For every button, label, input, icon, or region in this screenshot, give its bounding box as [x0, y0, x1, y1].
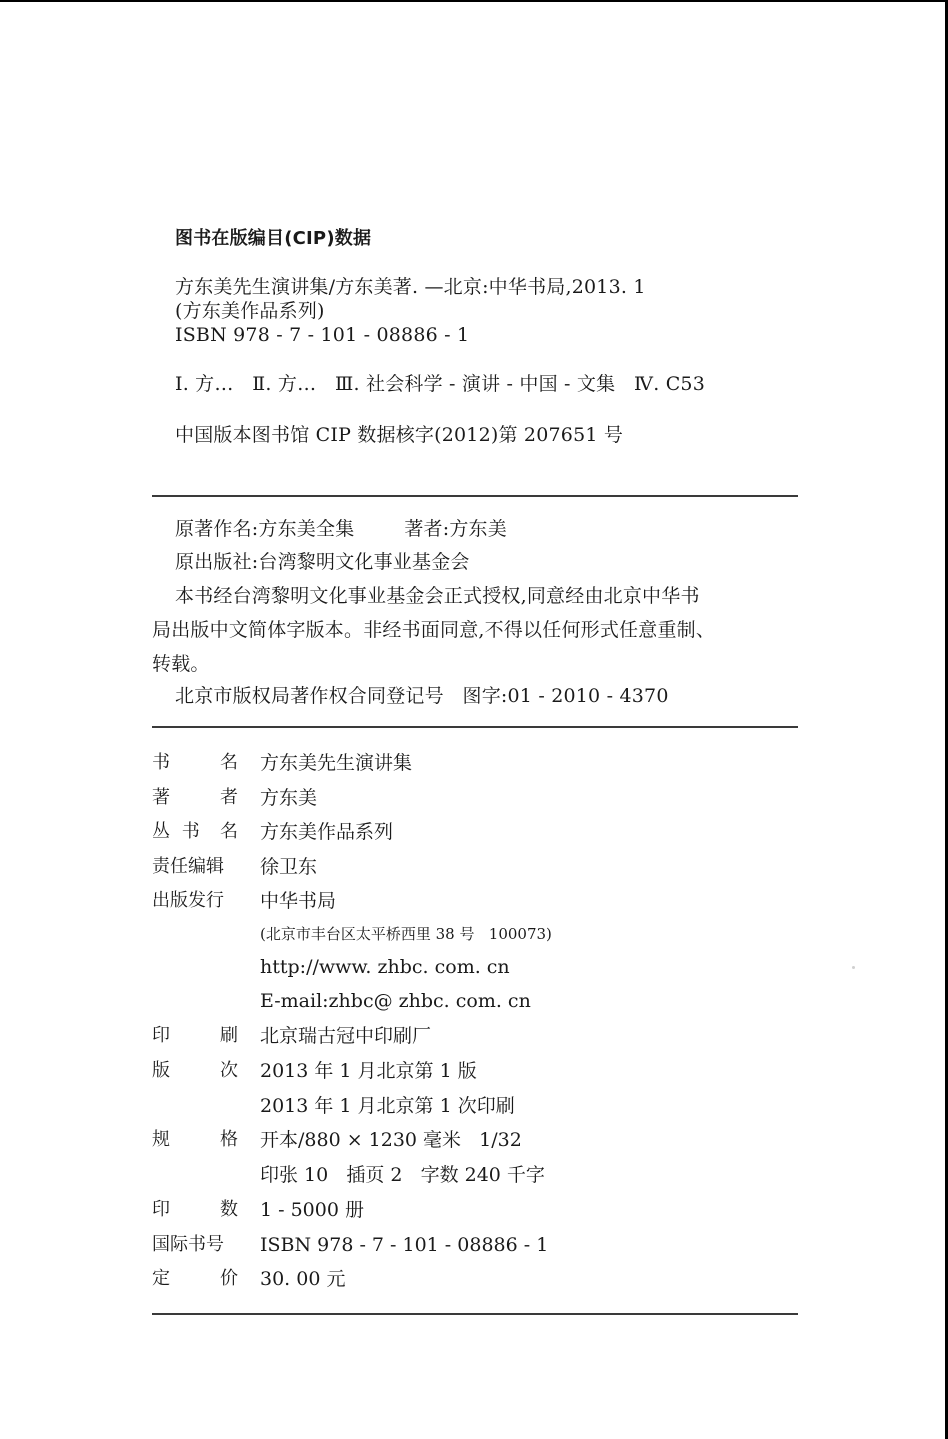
colophon-value-series: 方东美作品系列	[260, 820, 393, 844]
publisher-website: http://www. zhbc. com. cn	[260, 955, 510, 979]
colophon-label-format: 规格	[152, 1128, 238, 1152]
colophon-label-isbn: 国际书号	[152, 1233, 238, 1257]
authorization-line-1: 本书经台湾黎明文化事业基金会正式授权,同意经由北京中华书	[175, 584, 700, 608]
colophon-value-author: 方东美	[260, 786, 317, 810]
colophon-value-sheets: 印张 10 插页 2 字数 240 千字	[260, 1163, 545, 1187]
colophon-label-author: 著者	[152, 786, 238, 810]
colophon-value-isbn: ISBN 978 - 7 - 101 - 08886 - 1	[260, 1233, 548, 1257]
colophon-label-editor: 责任编辑	[152, 855, 238, 879]
original-publisher-line: 原出版社:台湾黎明文化事业基金会	[175, 550, 470, 574]
publisher-address: (北京市丰台区太平桥西里 38 号 100073)	[260, 922, 552, 946]
colophon-value-title: 方东美先生演讲集	[260, 751, 412, 775]
cip-subjects-line: Ⅰ. 方… Ⅱ. 方… Ⅲ. 社会科学 - 演讲 - 中国 - 文集 Ⅳ. C5…	[175, 372, 705, 396]
colophon-value-print-run: 1 - 5000 册	[260, 1198, 364, 1222]
scan-speck	[852, 966, 855, 969]
colophon-value-format: 开本/880 × 1230 毫米 1/32	[260, 1128, 522, 1152]
page-border-top	[0, 0, 948, 2]
cip-title-line: 方东美先生演讲集/方东美著. —北京:中华书局,2013. 1	[175, 275, 646, 299]
divider-rule	[152, 495, 798, 497]
cip-heading: 图书在版编目(CIP)数据	[175, 227, 371, 251]
colophon-value-printing: 2013 年 1 月北京第 1 次印刷	[260, 1094, 515, 1118]
cip-record-line: 中国版本图书馆 CIP 数据核字(2012)第 207651 号	[175, 423, 623, 447]
colophon-label-title: 书名	[152, 751, 238, 775]
colophon-label-printer: 印刷	[152, 1024, 238, 1048]
authorization-line-2: 局出版中文简体字版本。非经书面同意,不得以任何形式任意重制、	[152, 618, 715, 642]
colophon-label-series: 丛 书名	[152, 820, 238, 844]
cip-isbn-line: ISBN 978 - 7 - 101 - 08886 - 1	[175, 323, 469, 347]
colophon-value-printer: 北京瑞古冠中印刷厂	[260, 1024, 431, 1048]
authorization-line-3: 转载。	[152, 652, 210, 676]
divider-rule	[152, 726, 798, 728]
publisher-email: E-mail:zhbc@ zhbc. com. cn	[260, 989, 531, 1013]
colophon-value-publisher: 中华书局	[260, 889, 336, 913]
colophon-value-price: 30. 00 元	[260, 1267, 345, 1291]
cip-series-line: (方东美作品系列)	[175, 299, 325, 323]
colophon-label-edition: 版次	[152, 1059, 238, 1083]
colophon-value-editor: 徐卫东	[260, 855, 317, 879]
colophon-label-price: 定价	[152, 1267, 238, 1291]
colophon-value-edition: 2013 年 1 月北京第 1 版	[260, 1059, 477, 1083]
registration-line: 北京市版权局著作权合同登记号 图字:01 - 2010 - 4370	[175, 684, 669, 708]
colophon-label-print-run: 印数	[152, 1198, 238, 1222]
divider-rule	[152, 1313, 798, 1315]
colophon-label-publisher: 出版发行	[152, 889, 238, 913]
original-title-line: 原著作名:方东美全集 著者:方东美	[175, 517, 507, 541]
